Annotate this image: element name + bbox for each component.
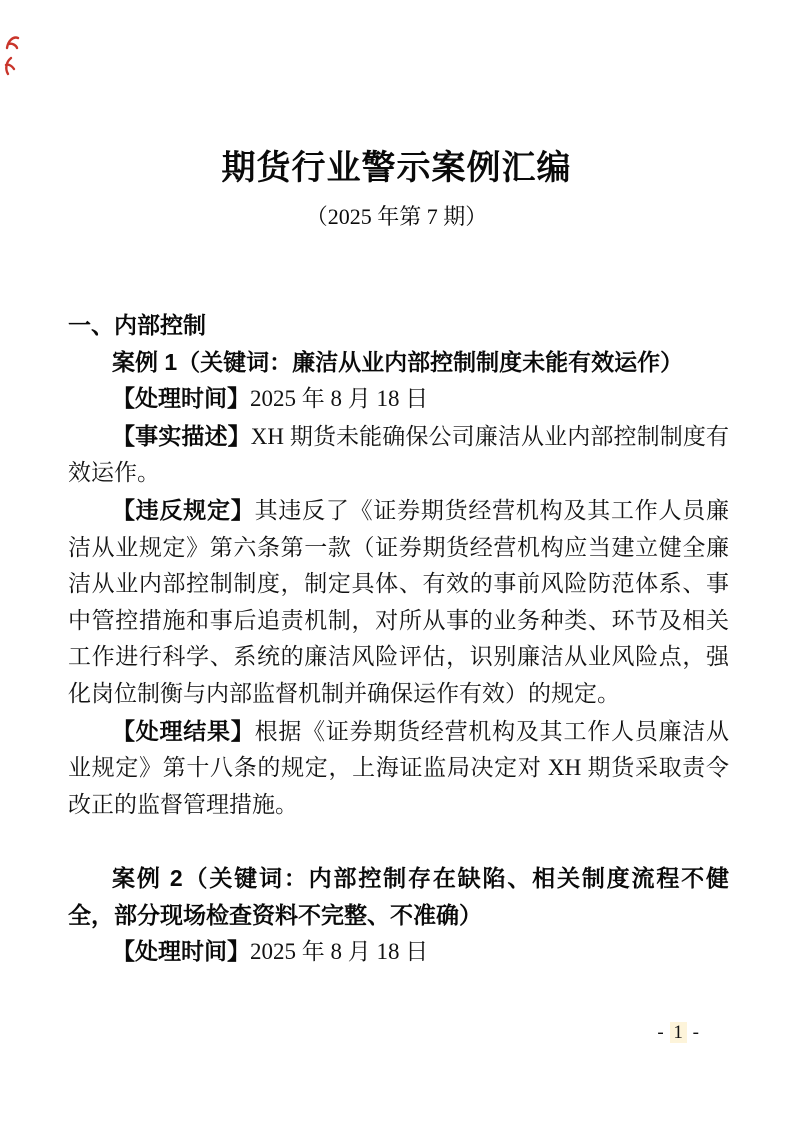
section-heading-internal-control: 一、内部控制 xyxy=(68,307,729,344)
document-page: 期货行业警示案例汇编 （2025 年第 7 期） 一、内部控制 案例 1（关键词… xyxy=(0,0,793,1122)
case-1-fact-description: 【事实描述】XH 期货未能确保公司廉洁从业内部控制制度有效运作。 xyxy=(68,418,729,492)
case-1-handle-result: 【处理结果】根据《证券期货经营机构及其工作人员廉洁从业规定》第十八条的规定，上海… xyxy=(68,713,729,824)
red-ink-mark xyxy=(2,56,17,76)
field-label-fact-description: 【事实描述】 xyxy=(112,423,251,449)
page-number: - 1 - xyxy=(657,1022,700,1044)
field-label-handle-time: 【处理时间】 xyxy=(112,938,250,964)
document-title: 期货行业警示案例汇编 xyxy=(0,0,793,189)
case-1-handle-time: 【处理时间】2025 年 8 月 18 日 xyxy=(68,380,729,418)
field-label-violated-rule: 【违反规定】 xyxy=(112,497,255,523)
red-ink-annotations xyxy=(0,30,30,90)
case-2-handle-time: 【处理时间】2025 年 8 月 18 日 xyxy=(68,933,729,971)
field-value-handle-time: 2025 年 8 月 18 日 xyxy=(250,939,428,964)
case-1-violated-rule: 【违反规定】其违反了《证券期货经营机构及其工作人员廉洁从业规定》第六条第一款（证… xyxy=(68,492,729,713)
document-subtitle: （2025 年第 7 期） xyxy=(0,200,793,231)
field-label-handle-time: 【处理时间】 xyxy=(112,385,250,411)
field-value-handle-time: 2025 年 8 月 18 日 xyxy=(250,386,428,411)
page-number-dash-left: - xyxy=(657,1022,670,1043)
case-2-title: 案例 2（关键词：内部控制存在缺陷、相关制度流程不健全，部分现场检查资料不完整、… xyxy=(68,860,729,933)
document-body: 一、内部控制 案例 1（关键词：廉洁从业内部控制制度未能有效运作） 【处理时间】… xyxy=(68,307,729,971)
page-number-value: 1 xyxy=(670,1022,687,1043)
field-label-handle-result: 【处理结果】 xyxy=(112,718,255,744)
page-number-dash-right: - xyxy=(687,1022,700,1043)
field-value-violated-rule: 其违反了《证券期货经营机构及其工作人员廉洁从业规定》第六条第一款（证券期货经营机… xyxy=(68,498,729,706)
case-1-title: 案例 1（关键词：廉洁从业内部控制制度未能有效运作） xyxy=(68,344,729,381)
red-ink-mark xyxy=(4,34,21,52)
